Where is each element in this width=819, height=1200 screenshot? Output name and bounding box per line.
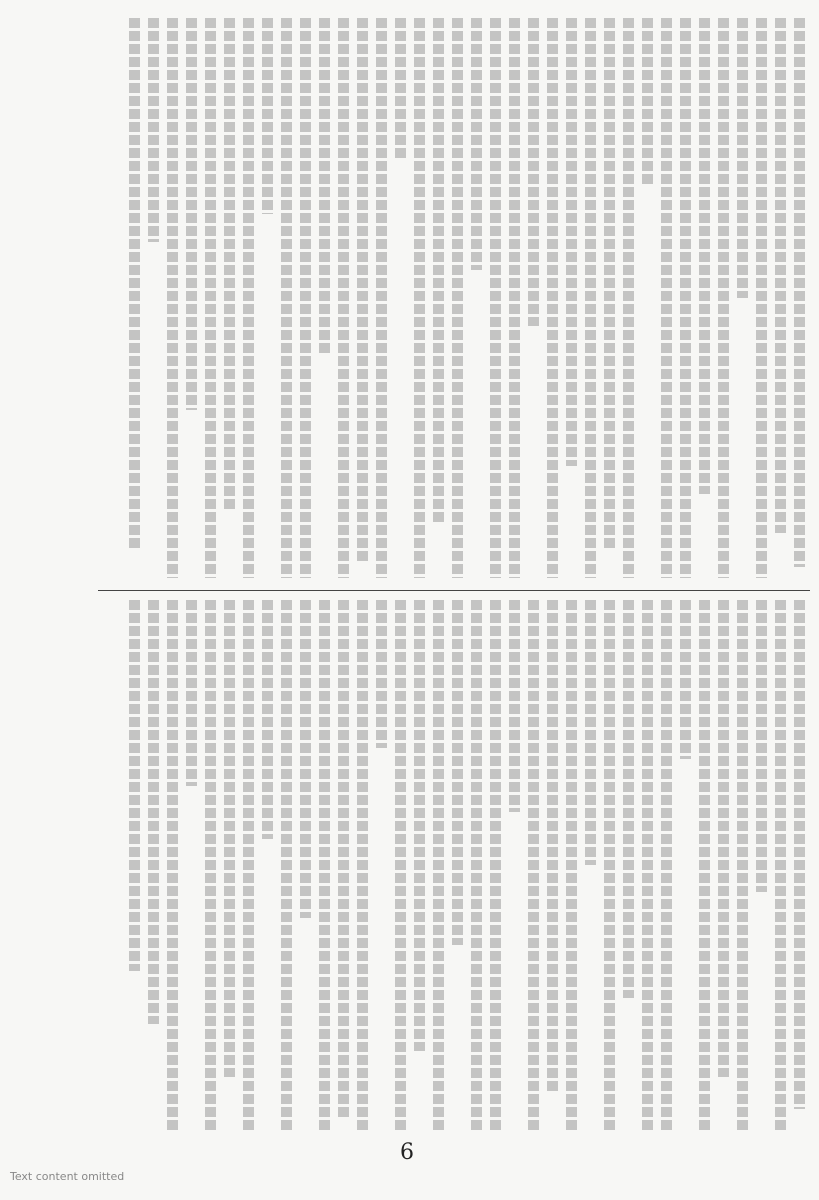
text-column-placeholder — [300, 18, 311, 578]
text-column-placeholder — [262, 600, 273, 839]
text-column-placeholder — [148, 18, 159, 242]
text-column-placeholder — [395, 18, 406, 158]
text-column-placeholder — [623, 600, 634, 998]
text-column-placeholder — [433, 18, 444, 522]
text-column-placeholder — [490, 18, 501, 578]
text-column-placeholder — [718, 600, 729, 1077]
text-column-placeholder — [205, 18, 216, 578]
text-column-placeholder — [148, 600, 159, 1024]
text-column-placeholder — [129, 18, 140, 550]
text-column-placeholder — [300, 600, 311, 918]
text-block-top — [100, 18, 805, 583]
text-column-placeholder — [509, 18, 520, 578]
text-column-placeholder — [452, 18, 463, 578]
text-column-placeholder — [699, 600, 710, 1130]
text-column-placeholder — [547, 600, 558, 1093]
text-column-placeholder — [604, 18, 615, 550]
text-column-placeholder — [338, 600, 349, 1119]
text-column-placeholder — [281, 600, 292, 1130]
text-column-placeholder — [642, 18, 653, 186]
text-column-placeholder — [756, 600, 767, 892]
text-column-placeholder — [756, 18, 767, 578]
text-column-placeholder — [680, 18, 691, 578]
text-column-placeholder — [623, 18, 634, 578]
text-column-placeholder — [737, 600, 748, 1130]
text-column-placeholder — [661, 600, 672, 1130]
text-column-placeholder — [737, 18, 748, 298]
text-column-placeholder — [661, 18, 672, 578]
text-column-placeholder — [243, 600, 254, 1130]
text-column-placeholder — [566, 600, 577, 1130]
text-column-placeholder — [167, 600, 178, 1130]
text-block-bottom — [100, 600, 805, 1135]
text-column-placeholder — [414, 18, 425, 578]
text-column-placeholder — [528, 18, 539, 326]
text-column-placeholder — [357, 18, 368, 561]
text-column-placeholder — [338, 18, 349, 578]
section-divider — [98, 590, 810, 591]
redaction-note: Text content omitted — [10, 1170, 124, 1183]
text-column-placeholder — [775, 18, 786, 533]
text-column-placeholder — [547, 18, 558, 578]
text-column-placeholder — [471, 600, 482, 1130]
text-column-placeholder — [186, 600, 197, 786]
page-number: 6 — [400, 1140, 414, 1165]
text-column-placeholder — [699, 18, 710, 494]
text-column-placeholder — [794, 600, 805, 1109]
text-column-placeholder — [604, 600, 615, 1130]
text-column-placeholder — [376, 18, 387, 578]
text-column-placeholder — [471, 18, 482, 270]
text-column-placeholder — [395, 600, 406, 1130]
text-column-placeholder — [794, 18, 805, 567]
text-column-placeholder — [319, 18, 330, 354]
text-column-placeholder — [376, 600, 387, 748]
text-column-placeholder — [490, 600, 501, 1130]
text-column-placeholder — [528, 600, 539, 1130]
text-column-placeholder — [585, 18, 596, 578]
text-column-placeholder — [224, 18, 235, 511]
text-column-placeholder — [414, 600, 425, 1051]
text-column-placeholder — [205, 600, 216, 1130]
text-column-placeholder — [509, 600, 520, 812]
text-column-placeholder — [680, 600, 691, 759]
text-column-placeholder — [566, 18, 577, 466]
text-column-placeholder — [433, 600, 444, 1130]
text-column-placeholder — [357, 600, 368, 1130]
text-column-placeholder — [281, 18, 292, 578]
text-column-placeholder — [167, 18, 178, 578]
text-column-placeholder — [775, 600, 786, 1130]
text-column-placeholder — [243, 18, 254, 578]
text-column-placeholder — [452, 600, 463, 945]
text-column-placeholder — [186, 18, 197, 410]
text-column-placeholder — [585, 600, 596, 865]
text-column-placeholder — [718, 18, 729, 578]
text-column-placeholder — [319, 600, 330, 1130]
text-column-placeholder — [224, 600, 235, 1077]
text-column-placeholder — [262, 18, 273, 214]
text-column-placeholder — [642, 600, 653, 1130]
text-column-placeholder — [129, 600, 140, 971]
